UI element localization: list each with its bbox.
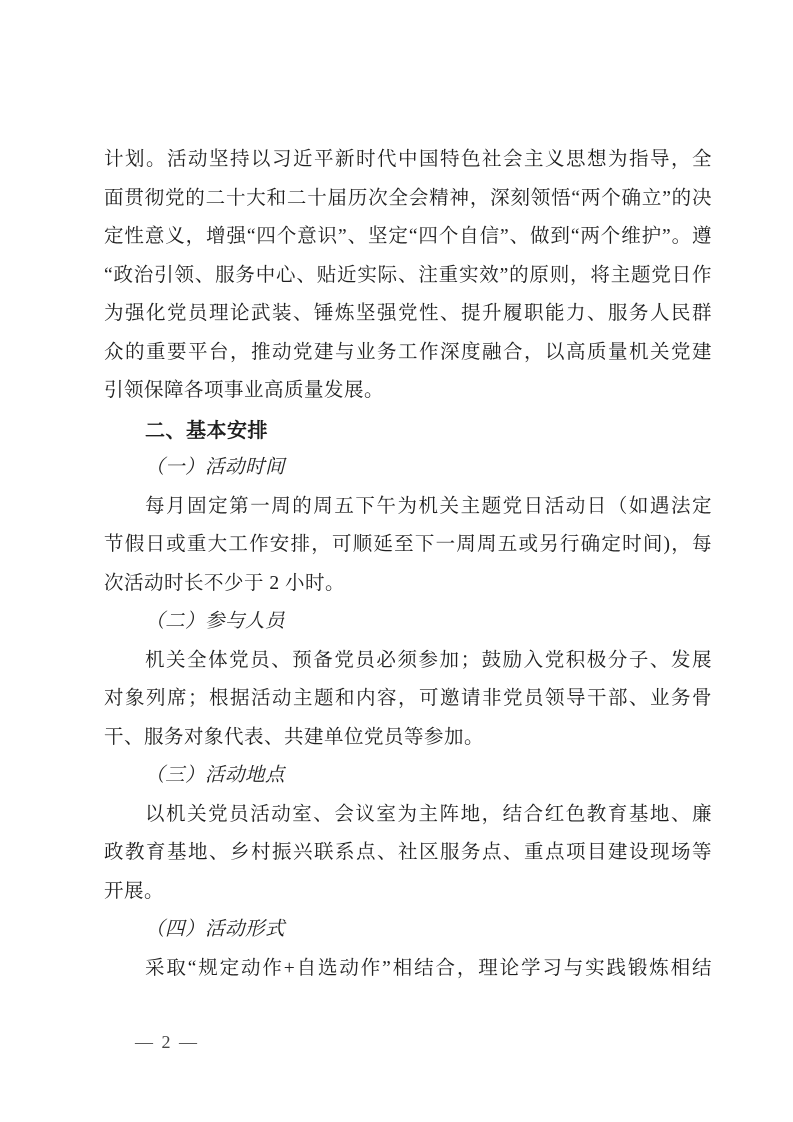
section-heading: 二、基本安排 — [104, 411, 712, 450]
subsection-heading: （一）活动时间 — [104, 449, 712, 488]
subsection-heading: （三）活动地点 — [104, 757, 712, 796]
body-text-line: 以机关党员活动室、会议室为主阵地，结合红色教育基地、廉 — [104, 796, 712, 835]
subsection-heading: （二）参与人员 — [104, 603, 712, 642]
body-text-line: 引领保障各项事业高质量发展。 — [104, 372, 712, 411]
subsection-heading: （四）活动形式 — [104, 911, 712, 950]
body-text-line: 每月固定第一周的周五下午为机关主题党日活动日（如遇法定 — [104, 488, 712, 527]
document-lines: 计划。活动坚持以习近平新时代中国特色社会主义思想为指导，全面贯彻党的二十大和二十… — [104, 141, 712, 988]
body-text-line: 为强化党员理论武装、锤炼坚强党性、提升履职能力、服务人民群 — [104, 295, 712, 334]
document-page: 计划。活动坚持以习近平新时代中国特色社会主义思想为指导，全面贯彻党的二十大和二十… — [0, 0, 793, 1122]
body-text-line: 计划。活动坚持以习近平新时代中国特色社会主义思想为指导，全 — [104, 141, 712, 180]
body-text-line: 节假日或重大工作安排，可顺延至下一周周五或另行确定时间)，每 — [104, 526, 712, 565]
body-text-line: 机关全体党员、预备党员必须参加；鼓励入党积极分子、发展 — [104, 642, 712, 681]
body-text-line: 采取“规定动作+自选动作”相结合，理论学习与实践锻炼相结合， — [104, 950, 712, 989]
body-text-line: 对象列席；根据活动主题和内容，可邀请非党员领导干部、业务骨 — [104, 680, 712, 719]
body-text-line: 开展。 — [104, 873, 712, 912]
body-text-line: 政教育基地、乡村振兴联系点、社区服务点、重点项目建设现场等 — [104, 834, 712, 873]
body-text-line: 次活动时长不少于 2 小时。 — [104, 565, 712, 604]
body-text-line: 面贯彻党的二十大和二十届历次全会精神，深刻领悟“两个确立”的决 — [104, 180, 712, 219]
body-text-line: 干、服务对象代表、共建单位党员等参加。 — [104, 719, 712, 758]
body-text-line: 众的重要平台，推动党建与业务工作深度融合，以高质量机关党建 — [104, 334, 712, 373]
page-number: — 2 — — [135, 1031, 199, 1053]
body-text-line: 定性意义，增强“四个意识”、坚定“四个自信”、做到“两个维护”。遵循 — [104, 218, 712, 257]
body-text-line: “政治引领、服务中心、贴近实际、注重实效”的原则，将主题党日作 — [104, 257, 712, 296]
